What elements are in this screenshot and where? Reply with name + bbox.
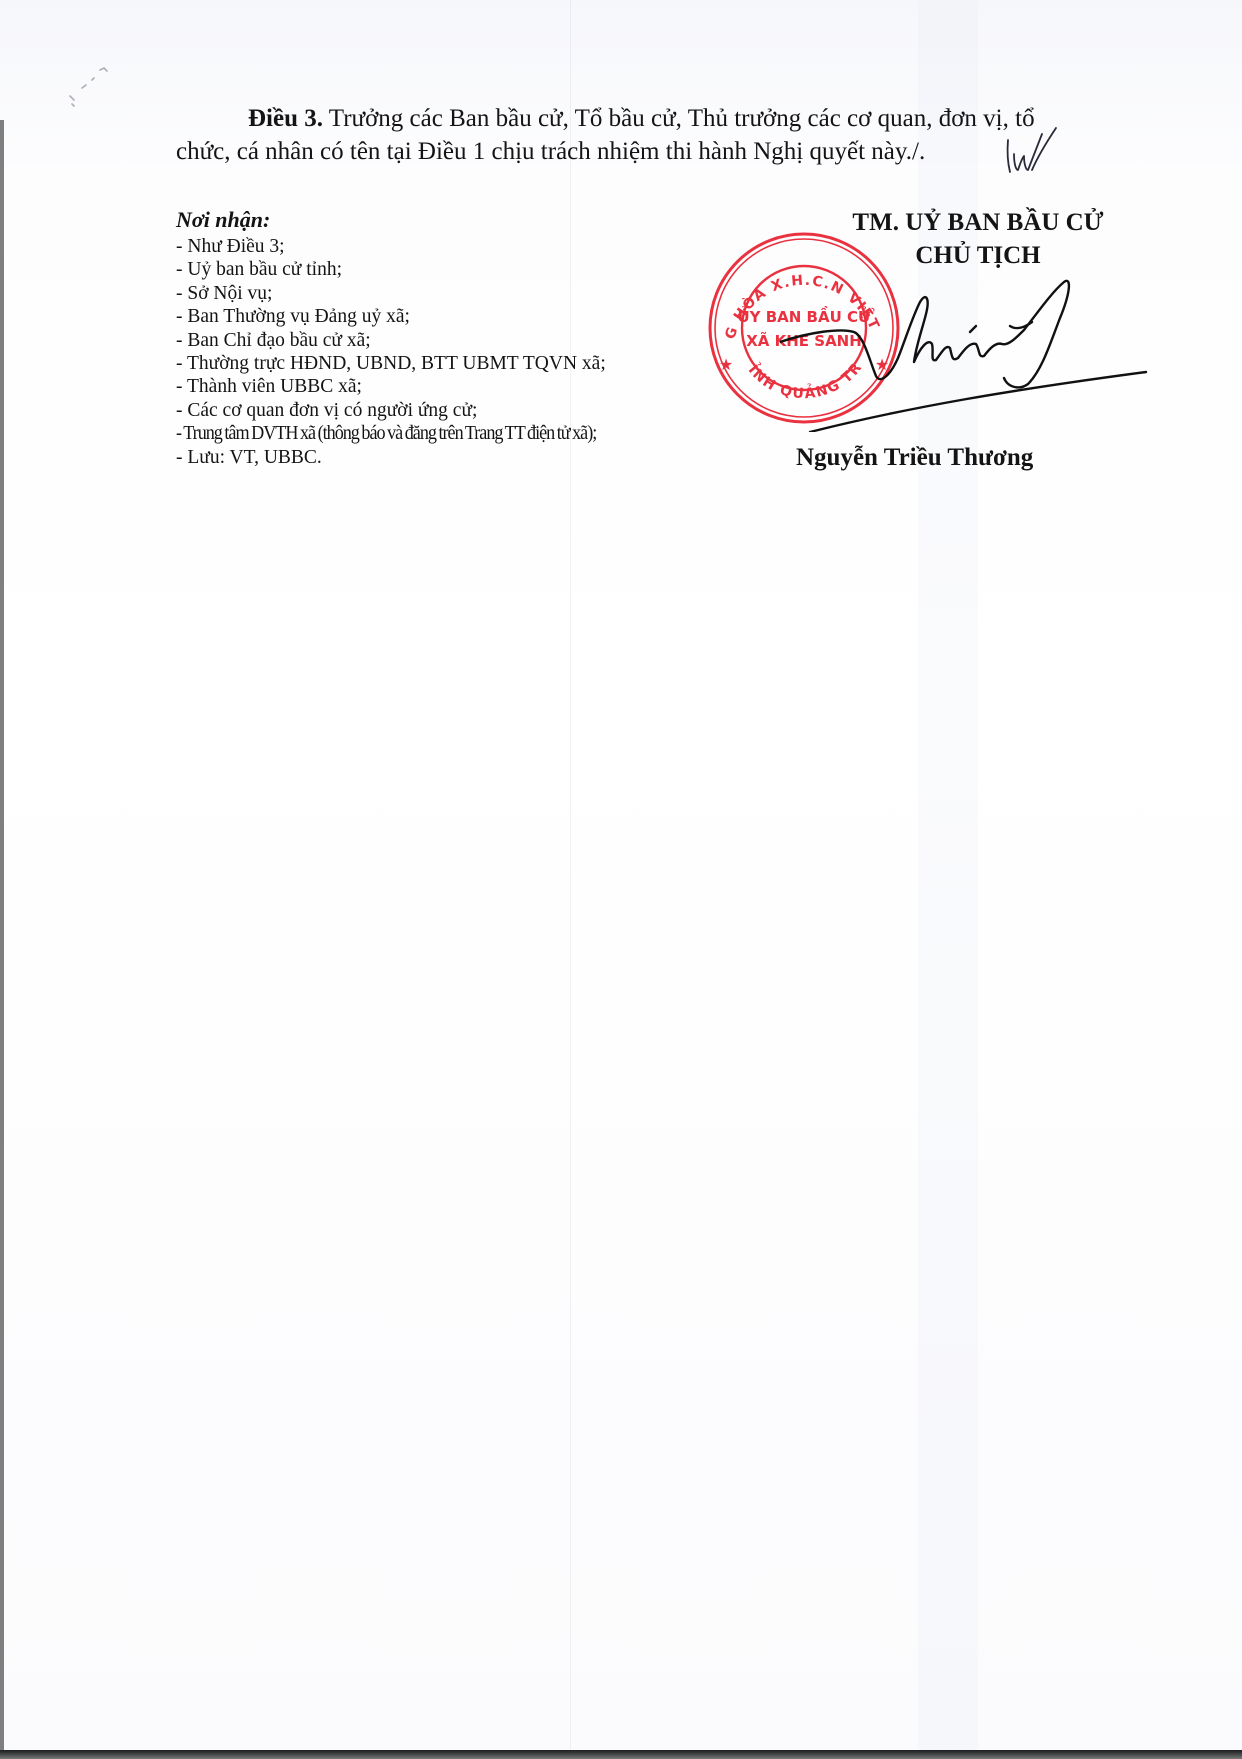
recipient-item: - Ban Thường vụ Đảng uỷ xã; <box>176 305 736 328</box>
article-text-1: Trưởng các Ban bầu cử, Tổ bầu cử, Thủ tr… <box>323 105 1035 132</box>
handwritten-initials-icon <box>1002 124 1062 176</box>
recipient-item: - Thành viên UBBC xã; <box>176 375 736 398</box>
document-page: Điều 3. Trưởng các Ban bầu cử, Tổ bầu cử… <box>0 0 1242 1759</box>
recipients-list: - Như Điều 3; - Uỷ ban bầu cử tỉnh; - Sở… <box>176 235 736 469</box>
scan-edge-left <box>0 120 4 1759</box>
recipient-item: - Các cơ quan đơn vị có người ứng cử; <box>176 399 736 422</box>
article-3-paragraph: Điều 3. Trưởng các Ban bầu cử, Tổ bầu cử… <box>176 102 1136 168</box>
recipient-item: - Sở Nội vụ; <box>176 282 736 305</box>
recipient-item: - Ban Chỉ đạo bầu cử xã; <box>176 329 736 352</box>
recipients-heading: Nơi nhận: <box>176 206 736 234</box>
article-line-1: Điều 3. Trưởng các Ban bầu cử, Tổ bầu cử… <box>176 102 1136 135</box>
recipient-item: - Thường trực HĐND, UBND, BTT UBMT TQVN … <box>176 352 736 375</box>
article-text-2: chức, cá nhân có tên tại Điều 1 chịu trá… <box>176 135 1136 168</box>
svg-text:★: ★ <box>719 355 733 374</box>
recipient-item: - Uỷ ban bầu cử tỉnh; <box>176 258 736 281</box>
recipient-item: - Trung tâm DVTH xã (thông báo và đăng t… <box>176 422 697 445</box>
scan-edge-bottom <box>0 1750 1242 1759</box>
handwritten-signature-icon <box>780 272 1160 432</box>
recipient-item: - Lưu: VT, UBBC. <box>176 446 736 469</box>
recipients-block: Nơi nhận: - Như Điều 3; - Uỷ ban bầu cử … <box>176 206 736 469</box>
article-heading: Điều 3. <box>248 105 323 132</box>
signer-name: Nguyễn Triều Thương <box>796 442 1033 474</box>
recipient-item: - Như Điều 3; <box>176 235 736 258</box>
pencil-mark-icon <box>62 58 122 108</box>
